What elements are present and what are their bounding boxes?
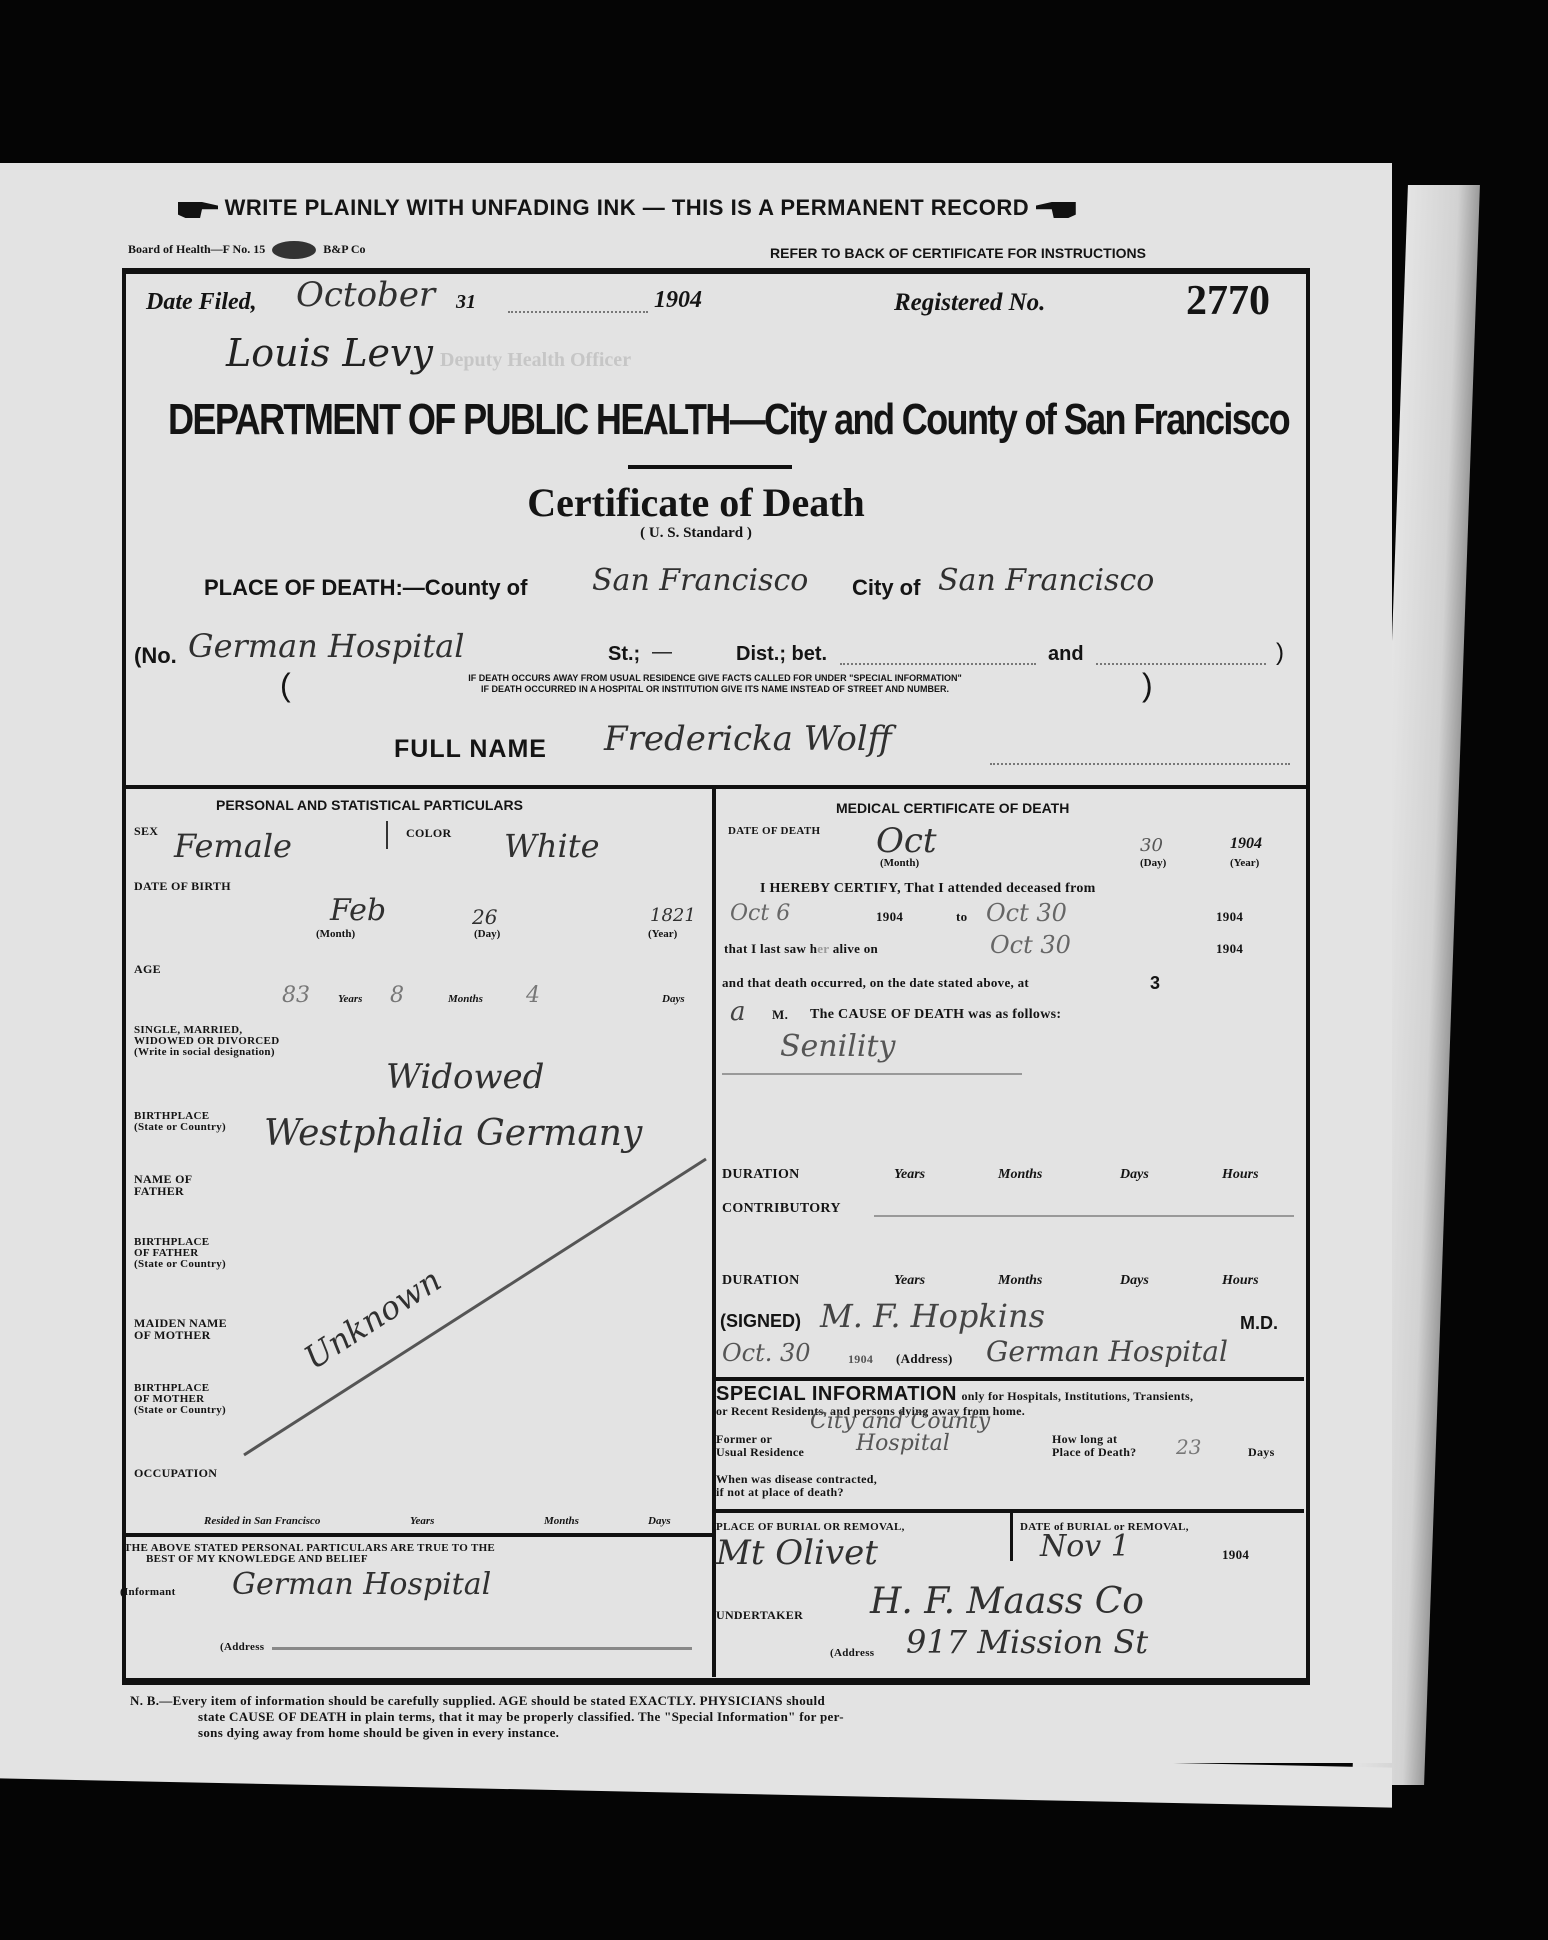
printer-text: B&P Co (323, 242, 365, 256)
dob-label: DATE OF BIRTH (134, 880, 231, 892)
close-paren: ) (1276, 639, 1284, 667)
special-divider (712, 1377, 1304, 1381)
signed-date: Oct. 30 (722, 1339, 811, 1367)
mother-maiden-name-label-line-2: OF MOTHER (134, 1329, 227, 1341)
dod-day-caption: (Day) (1140, 858, 1166, 869)
note-close-paren: ) (1142, 669, 1153, 701)
informant-divider (122, 1533, 714, 1537)
resided-days-caption: Days (648, 1515, 671, 1527)
age-months: 8 (390, 983, 404, 1008)
district-label: Dist.; bet. (736, 643, 827, 666)
mother-maiden-name-label: MAIDEN NAME OF MOTHER (134, 1317, 227, 1341)
marital-label: SINGLE, MARRIED, WIDOWED OR DIVORCED (Wr… (134, 1025, 279, 1058)
special-heading-title: SPECIAL INFORMATION (716, 1383, 957, 1405)
certificate-title: Certificate of Death (0, 479, 1392, 526)
attended-from-date: Oct 6 (730, 901, 790, 926)
occurred-text: and that death occurred, on the date sta… (722, 977, 1029, 989)
death-ampm: a (730, 997, 746, 1027)
occupation-label: OCCUPATION (134, 1467, 217, 1479)
year-prefix: 190 (1216, 941, 1236, 956)
dob-day-caption: (Day) (474, 929, 500, 940)
dod-year-caption: (Year) (1230, 858, 1259, 869)
form-number-text: Board of Health—F No. 15 (128, 242, 265, 256)
dod-month: Oct (876, 821, 937, 861)
undertaker-address-value: 917 Mission St (906, 1623, 1148, 1661)
how-long-days-label: Days (1248, 1446, 1275, 1458)
alive-on-text: alive on (833, 941, 878, 956)
last-saw-pronoun: er (817, 941, 829, 956)
county-value: San Francisco (592, 563, 808, 598)
instructions-note: REFER TO BACK OF CERTIFICATE FOR INSTRUC… (770, 245, 1146, 261)
unknown-diagonal-strike (240, 1153, 710, 1463)
how-long-value: 23 (1176, 1435, 1201, 1459)
undertaker-value: H. F. Maass Co (870, 1581, 1144, 1622)
form-number: Board of Health—F No. 15 B&P Co (128, 241, 366, 259)
certify-text: I HEREBY CERTIFY, That I attended deceas… (760, 883, 1096, 895)
city-label: City of (852, 575, 920, 601)
residence-note: IF DEATH OCCURS AWAY FROM USUAL RESIDENC… (300, 673, 1130, 695)
duration-label-2: DURATION (722, 1275, 800, 1287)
footnote: N. B.—Every item of information should b… (130, 1693, 844, 1741)
residence-note-line-1: IF DEATH OCCURS AWAY FROM USUAL RESIDENC… (300, 673, 1130, 684)
color-label: COLOR (406, 827, 452, 839)
residence-note-line-2: IF DEATH OCCURRED IN A HOSPITAL OR INSTI… (300, 684, 1130, 695)
note-open-paren: ( (280, 669, 291, 701)
father-name-label-line-2: FATHER (134, 1185, 192, 1197)
death-certificate-page: WRITE PLAINLY WITH UNFADING INK — THIS I… (0, 163, 1392, 1763)
burial-date-value: Nov 1 (1040, 1529, 1130, 1564)
duration-months-label-2: Months (998, 1273, 1042, 1289)
birthplace-value: Westphalia Germany (264, 1113, 642, 1154)
physician-address: German Hospital (986, 1335, 1228, 1368)
burial-column-divider (1010, 1511, 1013, 1561)
health-officer-title: Deputy Health Officer (440, 349, 631, 372)
dob-year: 1821 (650, 905, 696, 926)
duration-days-label-2: Days (1120, 1273, 1149, 1289)
contributory-label: CONTRIBUTORY (722, 1203, 841, 1215)
signed-label: (SIGNED) (720, 1311, 801, 1332)
former-residence-label: Former or Usual Residence (716, 1433, 804, 1459)
dod-day: 30 (1140, 835, 1163, 856)
full-name-value: Fredericka Wolff (604, 719, 892, 759)
medical-heading: MEDICAL CERTIFICATE OF DEATH (836, 800, 1069, 816)
printer-seal-icon (272, 241, 316, 259)
to-label: to (956, 911, 967, 923)
permanent-record-banner: WRITE PLAINLY WITH UNFADING INK — THIS I… (178, 195, 1076, 221)
date-filed-month: October (296, 275, 435, 315)
dod-month-caption: (Month) (880, 858, 919, 869)
birthplace-label-line-2: (State or Country) (134, 1122, 226, 1133)
special-heading-rest: only for Hospitals, Institutions, Transi… (961, 1389, 1193, 1403)
footnote-line-2: state CAUSE OF DEATH in plain terms, tha… (130, 1709, 844, 1725)
banner-text: WRITE PLAINLY WITH UNFADING INK — THIS I… (225, 195, 1030, 220)
signed-year: 1904 (848, 1353, 873, 1365)
duration-hours-label-2: Hours (1222, 1273, 1259, 1289)
duration-months-label: Months (998, 1167, 1042, 1183)
dod-label: DATE OF DEATH (728, 825, 820, 837)
year-prefix: 190 (1216, 909, 1236, 924)
death-hour: 3 (1150, 973, 1160, 994)
age-years: 83 (282, 983, 310, 1008)
burial-place-value: Mt Olivet (716, 1533, 878, 1573)
physician-address-label: (Address) (896, 1353, 953, 1365)
former-residence-label-line-2: Usual Residence (716, 1446, 804, 1459)
sex-label: SEX (134, 825, 158, 837)
age-days: 4 (526, 983, 540, 1008)
full-name-label: FULL NAME (394, 735, 547, 764)
informant-label: (Informant (120, 1586, 176, 1598)
last-saw-text: that I last saw her alive on (724, 943, 878, 955)
special-heading: SPECIAL INFORMATION only for Hospitals, … (716, 1383, 1193, 1406)
place-of-death-label: PLACE OF DEATH:—County of (204, 575, 527, 601)
mother-birthplace-label-line-3: (State or Country) (134, 1405, 226, 1416)
informant-address-label: (Address (220, 1641, 264, 1653)
color-value: White (504, 827, 600, 865)
title-rule (628, 465, 792, 469)
department-title: DEPARTMENT OF PUBLIC HEALTH—City and Cou… (168, 395, 1289, 445)
last-saw-date: Oct 30 (990, 931, 1071, 959)
duration-hours-label: Hours (1222, 1167, 1259, 1183)
duration-years-label: Years (894, 1167, 925, 1183)
age-months-caption: Months (448, 993, 483, 1005)
undertaker-address-label: (Address (830, 1647, 874, 1659)
pointing-hand-icon (1036, 200, 1076, 218)
date-filed-year: 1904 (654, 287, 702, 314)
and-label: and (1048, 643, 1084, 666)
duration-years-label-2: Years (894, 1273, 925, 1289)
last-saw-year-digit: 4 (1236, 941, 1243, 956)
cause-of-death-value: Senility (780, 1029, 895, 1064)
age-label: AGE (134, 963, 161, 975)
dob-month-caption: (Month) (316, 929, 355, 940)
dob-year-caption: (Year) (648, 929, 677, 940)
registered-number: 2770 (1186, 277, 1270, 325)
resided-years-caption: Years (410, 1515, 434, 1527)
undertaker-label: UNDERTAKER (716, 1609, 803, 1621)
cause-label: The CAUSE OF DEATH was as follows: (810, 1009, 1061, 1021)
father-birthplace-label-line-3: (State or Country) (134, 1259, 226, 1270)
attended-to-year: 1904 (1216, 911, 1243, 923)
date-filed-label: Date Filed, (146, 289, 257, 316)
marital-label-line-3: (Write in social designation) (134, 1047, 279, 1058)
pointing-hand-icon (178, 200, 218, 218)
date-filed-day: 31 (456, 291, 476, 314)
registered-no-label: Registered No. (894, 289, 1045, 317)
contracted-label-line-2: if not at place of death? (716, 1486, 877, 1499)
attended-from-year-digit: 4 (896, 909, 903, 924)
burial-year: 1904 (1222, 1549, 1249, 1561)
attended-from-year: 1904 (876, 911, 903, 923)
attended-to-year-digit: 4 (1236, 909, 1243, 924)
institution-value: German Hospital (188, 627, 464, 665)
marital-value: Widowed (386, 1057, 544, 1097)
footnote-line-3: sons dying away from home should be give… (130, 1725, 844, 1741)
dob-month: Feb (330, 893, 386, 928)
attended-to-date: Oct 30 (986, 899, 1067, 927)
personal-heading: PERSONAL AND STATISTICAL PARTICULARS (216, 797, 523, 813)
contracted-label: When was disease contracted, if not at p… (716, 1473, 877, 1499)
dod-year: 1904 (1230, 835, 1262, 853)
informant-statement: THE ABOVE STATED PERSONAL PARTICULARS AR… (124, 1543, 495, 1565)
us-standard-label: ( U. S. Standard ) (0, 525, 1392, 542)
year-prefix: 190 (876, 909, 896, 924)
dob-day: 26 (472, 905, 497, 929)
father-name-label: NAME OF FATHER (134, 1173, 192, 1197)
informant-statement-line-2: BEST OF MY KNOWLEDGE AND BELIEF (124, 1554, 495, 1565)
footnote-line-1: N. B.—Every item of information should b… (130, 1693, 844, 1709)
burial-place-label: PLACE OF BURIAL OR REMOVAL, (716, 1521, 905, 1533)
resided-label: Resided in San Francisco (204, 1515, 320, 1527)
informant-value: German Hospital (232, 1567, 491, 1602)
former-residence-value-2: Hospital (856, 1431, 950, 1456)
meridiem-label: M. (772, 1009, 788, 1021)
age-days-caption: Days (662, 993, 685, 1005)
md-label: M.D. (1240, 1313, 1278, 1334)
street-label: St.; (608, 643, 640, 666)
birthplace-label: BIRTHPLACE (State or Country) (134, 1111, 226, 1133)
resided-months-caption: Months (544, 1515, 579, 1527)
sex-value: Female (174, 827, 292, 865)
physician-signature: M. F. Hopkins (820, 1297, 1045, 1335)
father-birthplace-label: BIRTHPLACE OF FATHER (State or Country) (134, 1237, 226, 1270)
age-years-caption: Years (338, 993, 362, 1005)
city-value: San Francisco (938, 563, 1154, 598)
how-long-label: How long at Place of Death? (1052, 1433, 1136, 1459)
number-label: (No. (134, 643, 177, 669)
mother-birthplace-label: BIRTHPLACE OF MOTHER (State or Country) (134, 1383, 226, 1416)
how-long-label-line-2: Place of Death? (1052, 1446, 1136, 1459)
health-officer-signature: Louis Levy (226, 331, 433, 375)
burial-divider (712, 1509, 1304, 1513)
street-value: — (652, 641, 672, 664)
last-saw-prefix: that I last saw h (724, 941, 817, 956)
duration-days-label: Days (1120, 1167, 1149, 1183)
duration-label: DURATION (722, 1169, 800, 1181)
last-saw-year: 1904 (1216, 943, 1243, 955)
